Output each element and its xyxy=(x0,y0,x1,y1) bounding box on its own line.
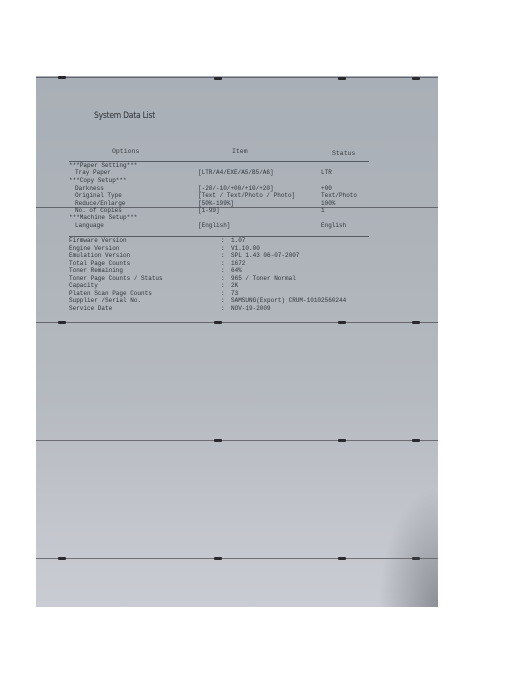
section-heading: ***Copy Setup*** xyxy=(69,177,127,184)
settings-row: Tray Paper[LTR/A4/EXE/A5/B5/A6]LTR xyxy=(36,169,438,177)
info-separator: : xyxy=(221,275,225,282)
info-value: 1.07 xyxy=(231,237,245,244)
perforation-mark xyxy=(214,321,222,324)
info-label: Platen Scan Page Counts xyxy=(69,290,152,297)
info-separator: : xyxy=(221,267,225,274)
page-shadow xyxy=(378,487,438,607)
perforation-mark xyxy=(338,439,346,442)
info-value: 2K xyxy=(231,282,238,289)
info-separator: : xyxy=(221,305,225,312)
column-header-status: Status xyxy=(332,150,355,157)
section-heading: ***Machine Setup*** xyxy=(69,214,137,221)
option-status: English xyxy=(321,222,346,229)
settings-row: Original Type[Text / Text/Photo / Photo]… xyxy=(36,192,438,200)
info-value: 64% xyxy=(231,267,242,274)
settings-row: ***Copy Setup*** xyxy=(36,177,438,185)
info-separator: : xyxy=(221,297,225,304)
option-label: Tray Paper xyxy=(75,169,111,176)
info-value: V1.10.00 xyxy=(231,245,260,252)
info-label: Emulation Version xyxy=(69,252,130,259)
option-label: Original Type xyxy=(75,192,122,199)
perforation-mark xyxy=(338,557,346,560)
perforation-mark xyxy=(412,439,420,442)
option-range: [50%-199%] xyxy=(198,200,234,207)
info-value: 73 xyxy=(231,290,238,297)
option-label: Darkness xyxy=(75,185,104,192)
settings-row: Language[English]English xyxy=(36,222,438,230)
info-label: Capacity xyxy=(69,282,98,289)
option-range: [Text / Text/Photo / Photo] xyxy=(198,192,295,199)
option-range: [-20/-10/+00/+10/+20] xyxy=(198,185,274,192)
option-label: No. of Copies xyxy=(75,207,122,214)
perforation-mark xyxy=(214,77,222,80)
info-value: 965 / Toner Normal xyxy=(231,275,296,282)
perforation-mark xyxy=(412,321,420,324)
perforation-mark xyxy=(58,76,66,79)
option-status: 1 xyxy=(321,207,325,214)
option-status: LTR xyxy=(321,169,332,176)
info-row: Service Date:NOV-19-2009 xyxy=(36,305,438,313)
settings-row: ***Machine Setup*** xyxy=(36,214,438,222)
info-label: Toner Page Counts / Status xyxy=(69,275,163,282)
info-separator: : xyxy=(221,252,225,259)
fold-line xyxy=(36,77,438,78)
perforation-mark xyxy=(58,321,66,324)
option-range: [English] xyxy=(198,222,230,229)
info-label: Engine Version xyxy=(69,245,119,252)
info-separator: : xyxy=(221,245,225,252)
info-label: Firmware Version xyxy=(69,237,127,244)
section-heading: ***Paper Setting*** xyxy=(69,162,137,169)
option-status: Text/Photo xyxy=(321,192,357,199)
perforation-mark xyxy=(412,77,420,80)
fold-line xyxy=(36,322,438,323)
perforation-mark xyxy=(338,77,346,80)
info-separator: : xyxy=(221,260,225,267)
info-separator: : xyxy=(221,290,225,297)
perforation-mark xyxy=(214,439,222,442)
info-value: 1672 xyxy=(231,260,245,267)
option-label: Reduce/Enlarge xyxy=(75,200,125,207)
info-value: NOV-19-2009 xyxy=(231,305,271,312)
info-separator: : xyxy=(221,237,225,244)
fold-line xyxy=(36,440,438,441)
perforation-mark xyxy=(214,557,222,560)
info-label: Toner Remaining xyxy=(69,267,123,274)
perforation-mark xyxy=(58,557,66,560)
info-label: Supplier /Serial No. xyxy=(69,297,141,304)
perforation-mark xyxy=(338,321,346,324)
column-header-item: Item xyxy=(232,148,248,155)
option-label: Language xyxy=(75,222,104,229)
column-header-options: Options xyxy=(112,148,139,155)
document-title: System Data List xyxy=(94,111,155,121)
option-range: [LTR/A4/EXE/A5/B5/A6] xyxy=(198,169,274,176)
option-range: [1-99] xyxy=(198,207,220,214)
info-label: Service Date xyxy=(69,305,112,312)
printed-page: System Data List Options Item Status ***… xyxy=(36,76,438,607)
info-value: SPL 1.43 06-07-2007 xyxy=(231,252,299,259)
info-value: SAMSUNG(Export) CRUM-10102560244 xyxy=(231,297,346,304)
option-status: +00 xyxy=(321,185,332,192)
info-separator: : xyxy=(221,282,225,289)
info-label: Total Page Counts xyxy=(69,260,130,267)
option-status: 100% xyxy=(321,200,335,207)
